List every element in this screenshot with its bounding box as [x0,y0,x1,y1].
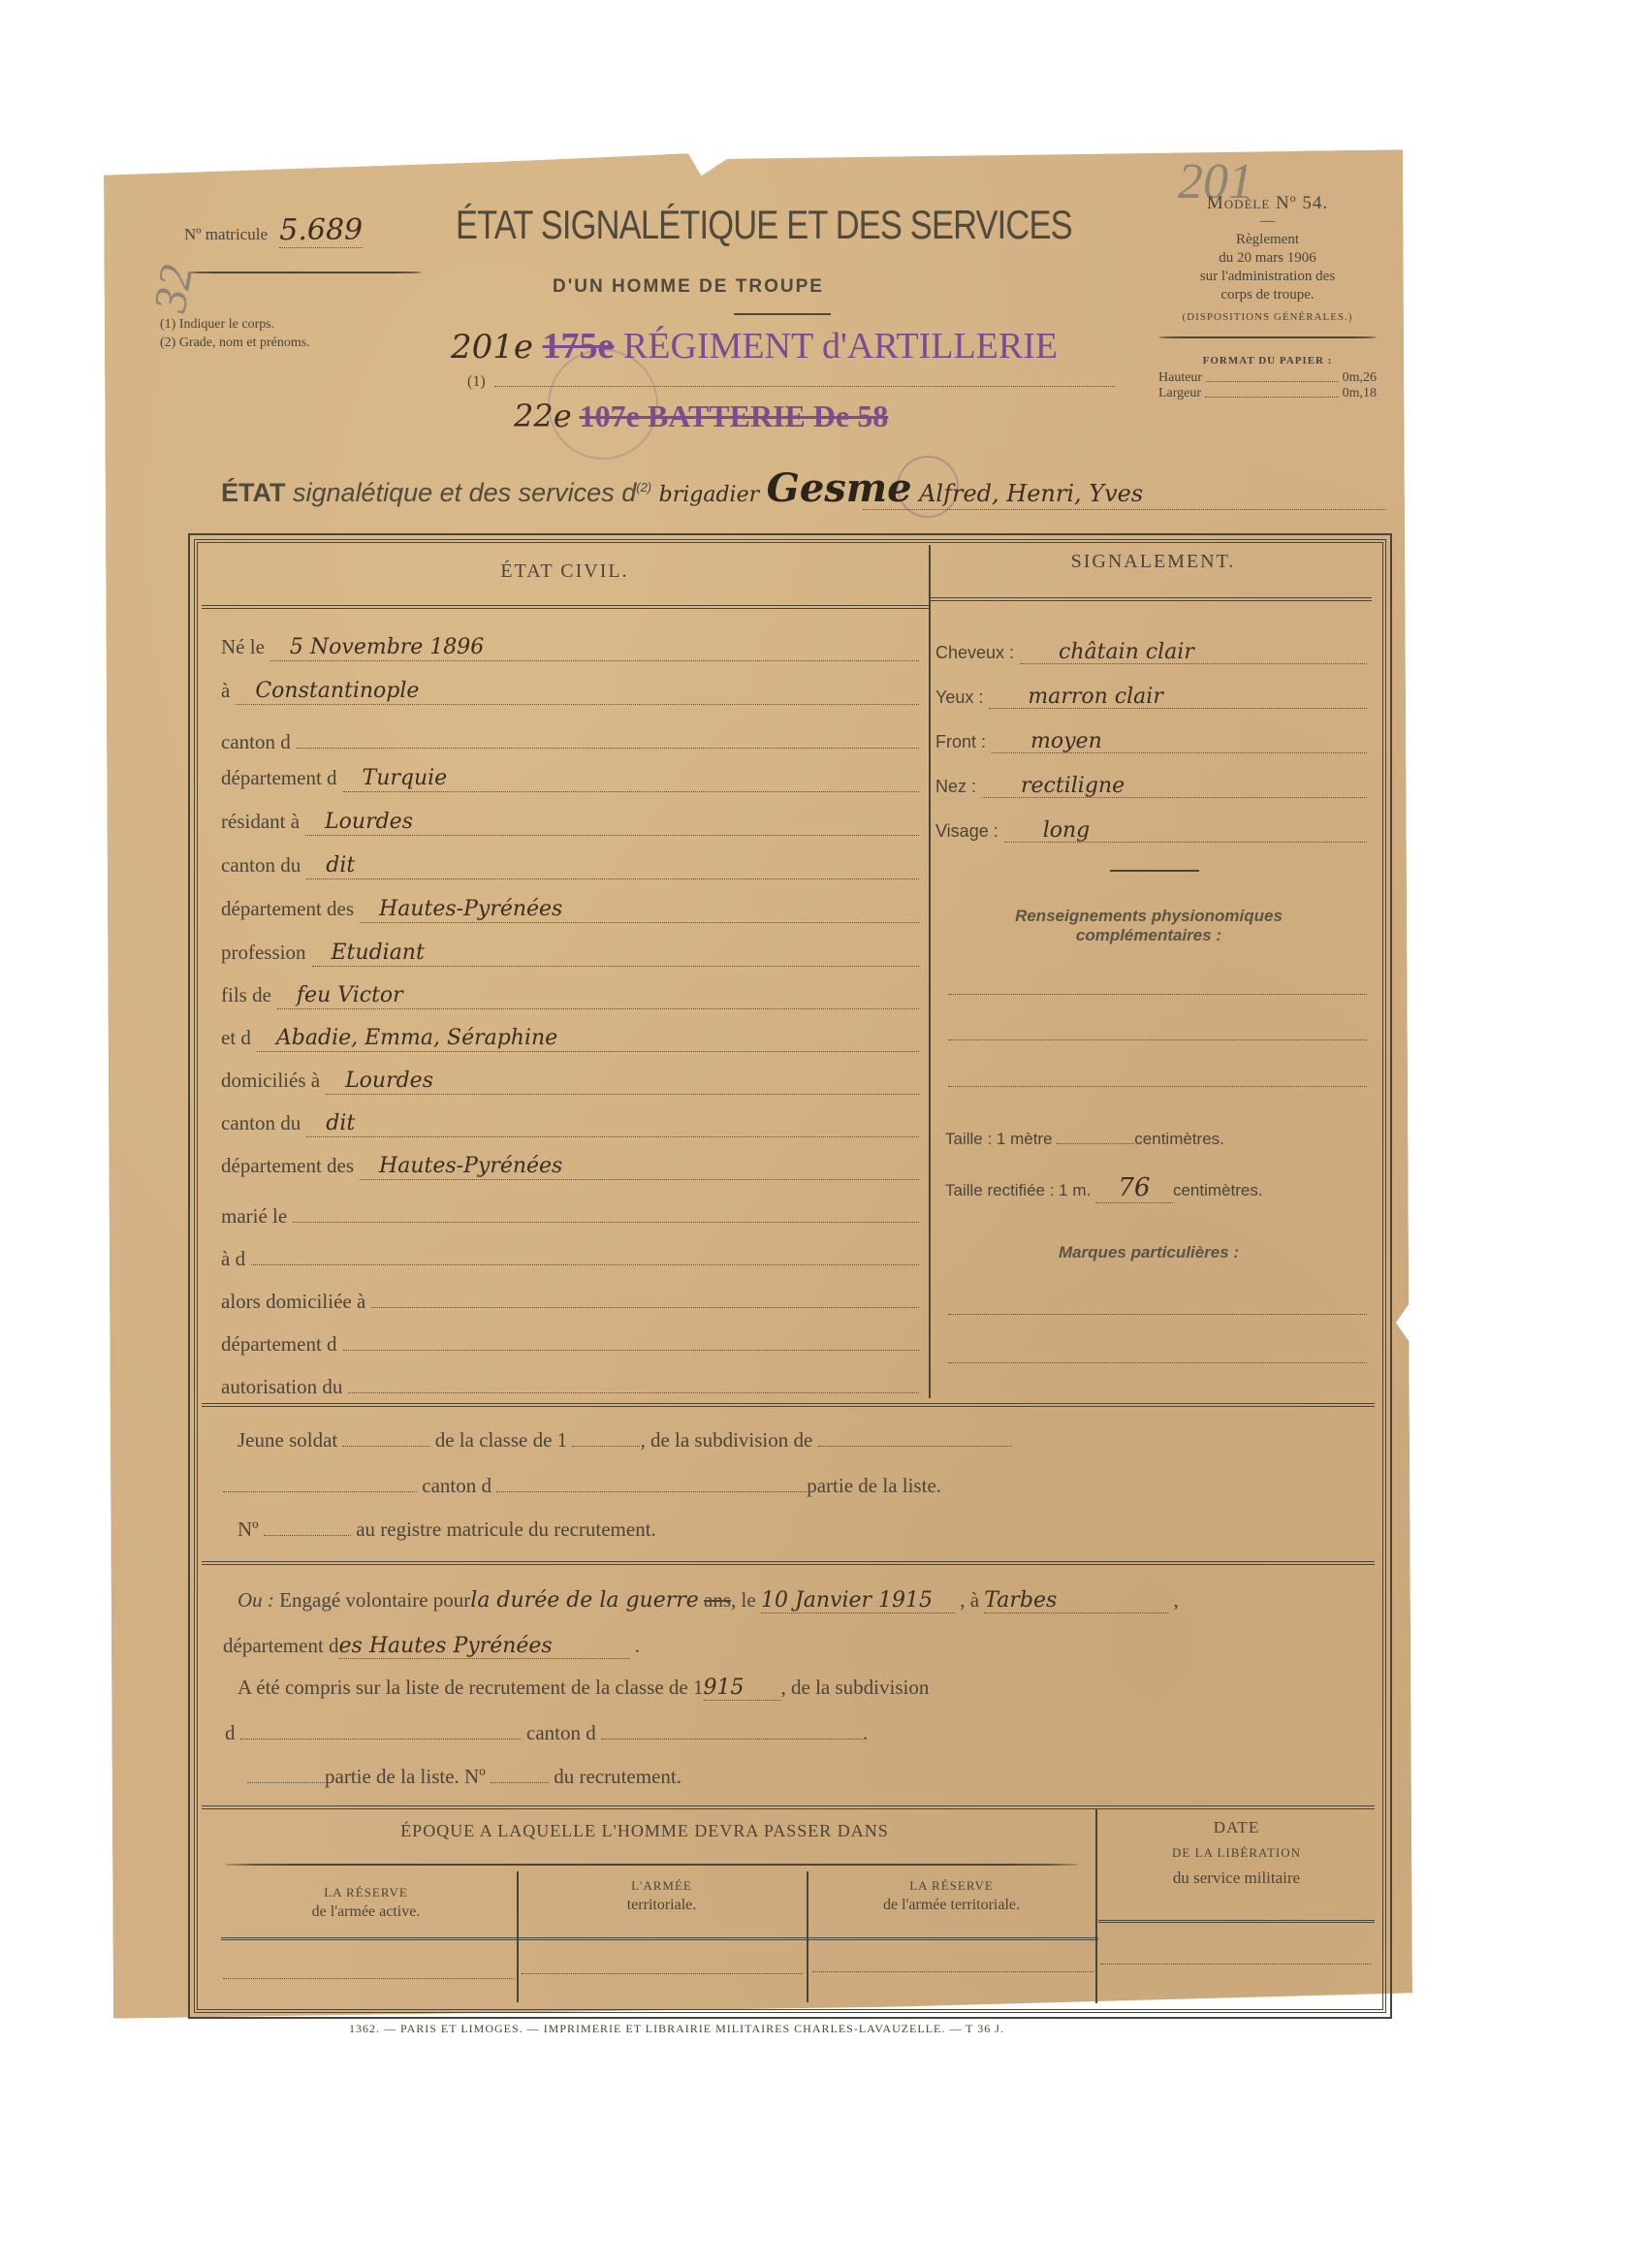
matricule-value: 5.689 [279,213,363,248]
marques-label: Marques particulières : [945,1243,1352,1262]
field-value [251,1239,919,1265]
field-fils-de: fils defeu Victor [221,983,919,1020]
etat-footnote-marker: (2) [636,480,651,495]
reglement-line-4: corps de troupe. [1149,286,1386,304]
matricule-field: Nº matricule 5.689 [184,213,363,247]
field-value: Etudiant [312,941,920,967]
surname-value: Gesme [767,465,912,511]
taille-value [1057,1143,1134,1144]
title-rule [734,313,831,315]
engage-classe: 915 [704,1676,781,1701]
renseignements-line-3 [948,1086,1367,1087]
date-column-divider [1095,1809,1097,2003]
engage-rule [202,1561,1375,1565]
signalement-rule [1110,870,1199,872]
field-value [343,1325,919,1351]
field-departement-residence: département desHautes-Pyrénées [221,897,919,934]
engage-place: Tarbes [984,1588,1168,1613]
field-value [297,722,919,749]
field-ne-le: Né le5 Novembre 1896 [221,635,919,672]
renseignements-line-1 [948,994,1367,995]
footnote-2: (2) Grade, nom et prénoms. [160,334,422,352]
field-departement-mariage: département d [221,1325,919,1361]
engage-line-4: d canton d . [225,1721,868,1745]
format-row-largeur: Largeur 0m,18 [1149,386,1386,401]
field-domicilies: domiciliés àLourdes [221,1069,919,1105]
field-alors-domiciliee: alors domiciliée à [221,1282,919,1319]
footnote-1: (1) Indiquer le corps. [160,315,422,334]
taille-unit: centimètres. [1134,1130,1224,1148]
regiment-label: RÉGIMENT d'ARTILLERIE [623,326,1058,367]
field-value: long [1004,818,1367,843]
jeune-soldat-line-3: Nº au registre matricule du recrutement. [238,1517,656,1542]
etat-civil-heading: ÉTAT CIVIL. [204,560,926,583]
marques-line-2 [948,1362,1367,1363]
field-et-de: et dAbadie, Emma, Séraphine [221,1026,919,1063]
faded-stamp [548,349,658,460]
format-row-label: Hauteur [1158,370,1202,386]
field-value: Abadie, Emma, Séraphine [257,1026,919,1052]
epoque-rule [202,1805,1375,1809]
field-nez: Nez :rectiligne [935,774,1367,811]
etat-civil-heading-rule [202,605,931,609]
modele-title: Modèle Nº 54. [1149,194,1386,212]
date-liberation-value [1100,1964,1372,1965]
given-names-value: Alfred, Henri, Yves [919,480,1143,507]
field-value: feu Victor [277,983,919,1009]
pencil-margin-note: 32 [143,261,204,316]
format-row-label: Largeur [1158,386,1201,401]
jeune-soldat-line-1: Jeune soldat de la classe de 1 , de la s… [238,1428,1012,1453]
field-residant: résidant àLourdes [221,810,919,847]
format-row-value: 0m,26 [1343,370,1377,386]
field-cheveux: Cheveux :châtain clair [935,640,1367,677]
engage-date: 10 Janvier 1915 [761,1588,955,1613]
field-value: Hautes-Pyrénées [360,897,919,923]
etat-signaletique-line: ÉTAT signalétique et des services d(2) b… [221,465,1143,511]
field-value: marron clair [989,685,1367,709]
epoque-heading: ÉPOQUE A LAQUELLE L'HOMME DEVRA PASSER D… [208,1821,1081,1841]
matricule-label: Nº matricule [184,225,268,243]
field-front: Front :moyen [935,729,1367,766]
signalement-heading-rule [931,597,1372,601]
field-value: dit [306,853,919,879]
field-departement-parents: département desHautes-Pyrénées [221,1154,919,1191]
regiment-line: 201e 175e RÉGIMENT d'ARTILLERIE [451,325,1058,367]
column-divider [929,545,931,1398]
document-subtitle: D'UN HOMME DE TROUPE [553,276,824,298]
regiment-handwritten-number: 201e [451,328,533,367]
field-value: rectiligne [982,774,1367,798]
taille-rectifiee-row: Taille rectifiée : 1 m. 76centimètres. [945,1173,1263,1203]
field-value: Lourdes [326,1069,919,1095]
epoque-value-2 [522,1973,803,1974]
name-dotted-line [863,509,1386,510]
renseignements-line-2 [948,1039,1367,1040]
reglement-line-1: Règlement [1149,231,1386,249]
field-departement: département dTurquie [221,766,919,803]
signalement-heading: SIGNALEMENT. [933,551,1374,573]
field-a-de: à d [221,1239,919,1276]
jeune-soldat-line-2: canton d partie de la liste. [223,1474,941,1498]
field-profession: professionEtudiant [221,941,919,977]
taille-rectifiee-value: 76 [1095,1173,1173,1203]
field-value: dit [306,1111,919,1137]
engage-departement: es Hautes Pyrénées [339,1634,630,1659]
field-value [293,1197,919,1223]
modele-dash: — [1149,212,1386,231]
field-value [348,1367,919,1393]
document-title: ÉTAT SIGNALÉTIQUE ET DES SERVICES [456,202,1072,248]
field-canton-residence: canton dudit [221,853,919,890]
field-autorisation: autorisation du [221,1367,919,1404]
engage-line-3: A été compris sur la liste de recrutemen… [238,1676,929,1701]
epoque-row-rule [221,1937,1098,1940]
epoque-column-armee-territoriale: L'ARMÉEterritoriale. [520,1876,804,1915]
field-visage: Visage :long [935,818,1367,855]
engage-line-1: Ou : Engagé volontaire pourla durée de l… [238,1588,1179,1613]
taille-rectifiee-unit: centimètres. [1173,1181,1263,1199]
renseignements-label: Renseignements physionomiques complément… [945,907,1352,945]
epoque-value-3 [812,1971,1093,1972]
format-row-value: 0m,18 [1343,386,1377,401]
field-a: àConstantinople [221,679,919,716]
epoque-column-reserve-territoriale: LA RÉSERVEde l'armée territoriale. [809,1876,1093,1915]
brace-divider [189,272,422,273]
reglement-line-2: du 20 mars 1906 [1149,249,1386,268]
marques-line-1 [948,1314,1367,1315]
field-canton-parents: canton dudit [221,1111,919,1148]
taille-rectifiee-label: Taille rectifiée : 1 m. [945,1181,1091,1199]
footnotes: (1) Indiquer le corps. (2) Grade, nom et… [160,315,422,352]
date-liberation-column: DATEDE LA LIBÉRATIONdu service militaire [1098,1815,1375,1891]
etat-prefix-bold: ÉTAT [221,478,286,507]
field-value: moyen [992,729,1367,753]
engage-line-5: partie de la liste. Nº du recrutement. [247,1765,681,1789]
field-value: Constantinople [236,679,919,705]
reglement-line-3: sur l'administration des [1149,268,1386,286]
epoque-column-reserve-active: LA RÉSERVEde l'armée active. [218,1883,514,1922]
etat-prefix-rest: signalétique et des services d [293,478,636,507]
field-value: Lourdes [305,810,919,836]
field-value: Turquie [343,766,919,792]
taille-label: Taille : 1 mètre [945,1130,1053,1148]
field-value: 5 Novembre 1896 [270,635,919,661]
taille-row: Taille : 1 mètre centimètres. [945,1130,1224,1149]
field-marie-le: marié le [221,1197,919,1233]
format-row-hauteur: Hauteur 0m,26 [1149,370,1386,386]
epoque-value-1 [223,1978,514,1979]
field-value: châtain clair [1020,640,1367,664]
printer-footer: 1362. — PARIS ET LIMOGES. — IMPRIMERIE E… [349,2022,1004,2036]
grade-value: brigadier [659,483,760,507]
epoque-brace [225,1864,1078,1866]
engage-line-2: département des Hautes Pyrénées . [223,1634,640,1659]
modele-block: Modèle Nº 54. — Règlement du 20 mars 190… [1149,194,1386,401]
date-row-rule [1098,1920,1375,1923]
engage-duration: la durée de la guerre [470,1588,699,1613]
modele-brace [1158,336,1377,338]
field-yeux: Yeux :marron clair [935,685,1367,721]
regiment-footnote-marker: (1) [467,373,486,391]
format-label: FORMAT DU PAPIER : [1149,352,1386,370]
field-canton: canton d [221,722,919,759]
field-value: Hautes-Pyrénées [360,1154,919,1180]
jeune-soldat-rule [202,1403,1375,1407]
dispositions-generales: (DISPOSITIONS GÉNÉRALES.) [1149,308,1386,327]
field-value [371,1282,919,1308]
